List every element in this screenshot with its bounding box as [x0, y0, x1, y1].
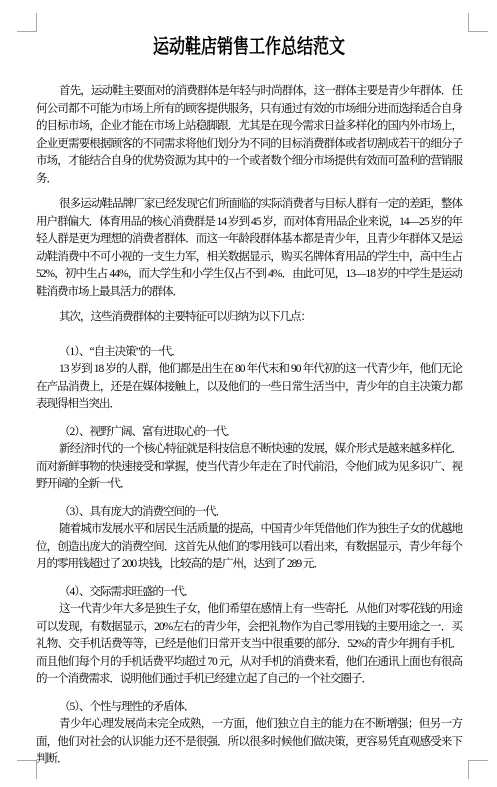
- margin-crop-mark-bottom-left: [17, 760, 37, 779]
- paragraph-lead: 其次，这些消费群体的主要特征可以归纳为以下几点：: [36, 309, 462, 327]
- section-heading-4: （4）、交际需求旺盛的一代．: [36, 584, 462, 602]
- margin-crop-mark-top-right: [468, 13, 488, 32]
- section-body-1: 13 岁到 18 岁的人群，他们都是出生在 80 年代末和 90 年代初的这一代…: [36, 361, 462, 414]
- document-page: 运动鞋店销售工作总结范文 首先，运动鞋主要面对的消费群体是年轻与时尚群体，这一群…: [0, 0, 497, 787]
- section-heading-1: （1）、“自主决策”的一代．: [36, 344, 462, 362]
- document-body: 首先，运动鞋主要面对的消费群体是年轻与时尚群体，这一群体主要是青少年群体．任何公…: [36, 83, 462, 769]
- paragraph-intro-1: 首先，运动鞋主要面对的消费群体是年轻与时尚群体，这一群体主要是青少年群体．任何公…: [36, 83, 462, 188]
- document-title-text: 运动鞋店销售工作总结范文: [153, 36, 345, 58]
- page-content: 运动鞋店销售工作总结范文 首先，运动鞋主要面对的消费群体是年轻与时尚群体，这一群…: [36, 0, 462, 769]
- section-heading-5: （5）、个性与理性的矛盾体．: [36, 699, 462, 717]
- margin-crop-mark-bottom-right: [468, 760, 488, 779]
- section-heading-2: （2）、视野广阔、富有进取心的一代．: [36, 424, 462, 442]
- section-body-4: 这一代青少年大多是独生子女，他们希望在感情上有一些寄托．从他们对零花钱的用途可以…: [36, 601, 462, 689]
- paragraph-intro-2: 很多运动鞋品牌厂家已经发现它们所面临的实际消费者与目标人群有一定的差距，整体用户…: [36, 196, 462, 301]
- document-title: 运动鞋店销售工作总结范文: [36, 36, 462, 58]
- margin-crop-mark-top-left: [17, 13, 37, 32]
- section-heading-3: （3）、具有庞大的消费空间的一代．: [36, 504, 462, 522]
- section-body-2: 新经济时代的一个核心特征就是科技信息不断快速的发展，媒介形式是越来越多样化．而对…: [36, 441, 462, 494]
- section-body-5: 青少年心理发展尚未完全成熟，一方面，他们独立自主的能力在不断增强；但另一方面，他…: [36, 716, 462, 769]
- section-body-3: 随着城市发展水平和居民生活质量的提高，中国青少年凭借他们作为独生子女的优越地位，…: [36, 521, 462, 574]
